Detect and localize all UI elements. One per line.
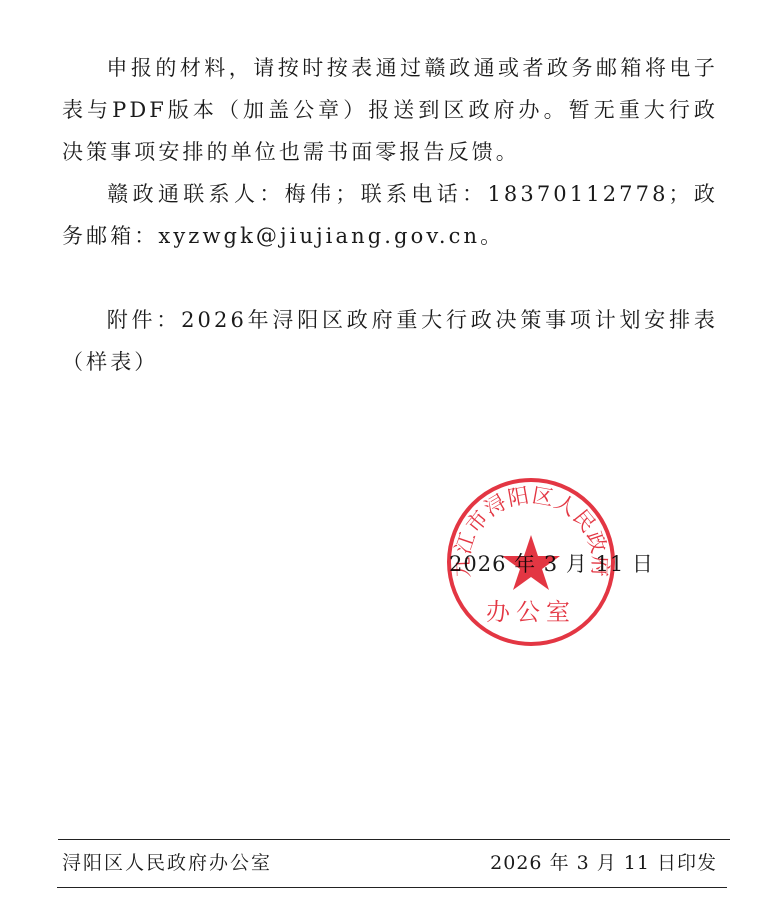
star-icon — [502, 535, 560, 590]
footer-bottom-divider — [57, 887, 727, 888]
body-paragraph-submission: 申报的材料，请按时按表通过赣政通或者政务邮箱将电子表与PDF版本（加盖公章）报送… — [62, 47, 718, 173]
footer-top-divider — [58, 839, 730, 840]
body-paragraph-attachment: 附件：2026年浔阳区政府重大行政决策事项计划安排表（样表） — [62, 299, 718, 383]
official-seal-icon: 九江市浔阳区人民政府 办公室 — [446, 477, 616, 647]
footer-issuer: 浔阳区人民政府办公室 — [62, 848, 272, 878]
seal-center-text: 办公室 — [486, 598, 576, 626]
footer-issue-date: 2026 年 3 月 11 日印发 — [490, 848, 717, 878]
body-paragraph-contact: 赣政通联系人：梅伟；联系电话：18370112778；政务邮箱：xyzwgk@j… — [62, 173, 718, 257]
